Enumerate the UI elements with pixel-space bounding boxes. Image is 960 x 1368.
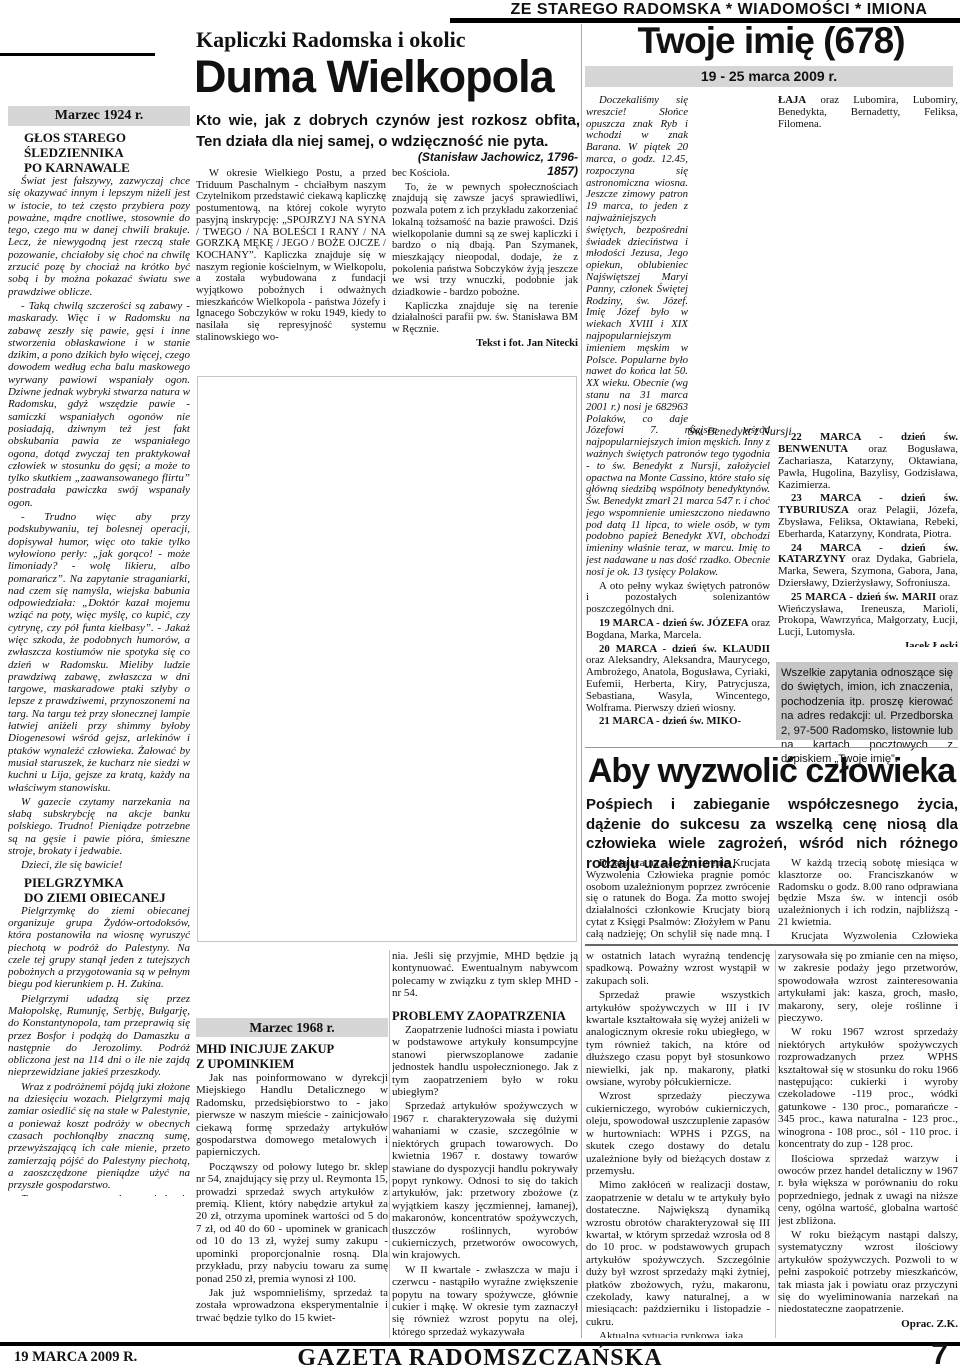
paragraph: - Taką chwilą szczerości są zabawy - mas… (8, 300, 190, 509)
article-1924-body: Świat jest fałszywy, zazwyczaj chce się … (8, 175, 190, 872)
aby-headline: Aby wyzwolić człowieka (585, 752, 958, 791)
paragraph: Wraz z podróżnemi pójdą juki złożone na … (8, 1081, 190, 1192)
saint-image-caption: Św. Benedykt z Nursji (688, 424, 792, 439)
paragraph: W roku bieżącym nastąpi dalszy, systemat… (778, 1229, 958, 1316)
column-1968-4: zarysowała się po zmianie cen na mięso, … (778, 950, 958, 1338)
main-article-col-2: bec Kościoła.To, że w pewnych społecznoś… (392, 168, 578, 370)
title-line: MHD INICJUJE ZAKUP (196, 1042, 388, 1057)
paragraph: Dzieci, źle się bawicie! (8, 859, 190, 871)
paragraph: Tymczasem w celu zwiedzenia Palestyny wy… (8, 1193, 190, 1196)
main-article-col-1: W okresie Wielkiego Postu, a przed Tridu… (196, 168, 386, 370)
twoje-imie-daterange: 19 - 25 marca 2009 r. (585, 66, 953, 87)
paragraph: - Trudno więc aby przy podskubywaniu, te… (8, 511, 190, 794)
paragraph: ŁAJA oraz Lubomira, Lubomiry, Benedykta,… (778, 95, 958, 130)
paragraph: W roku 1967 wzrost sprzedaży niektórych … (778, 1026, 958, 1150)
title-line: PIELGRZYMKA (24, 875, 190, 890)
title-line: PO KARNAWALE (24, 160, 190, 175)
section-banner: ZE STAREGO RADOMSKA * WIADOMOŚCI * IMION… (480, 1, 958, 19)
paragraph: Kapliczka znajduje się na terenie działa… (392, 301, 578, 336)
aby-col-2: W każdą trzecią sobotę miesiąca w klaszt… (778, 858, 958, 942)
main-article-col-2-text: bec Kościoła.To, że w pewnych społecznoś… (392, 168, 578, 336)
twoje-imie-col-1: Doczekaliśmy się wreszcie! Słońce opuszc… (586, 95, 770, 745)
newspaper-page: ZE STAREGO RADOMSKA * WIADOMOŚCI * IMION… (0, 0, 960, 1368)
paragraph: Wzrost sprzedaży pieczywa cukierniczego,… (586, 1090, 770, 1177)
paragraph: W każdą trzecią sobotę miesiąca w klaszt… (778, 858, 958, 929)
twoje-imie-headline: Twoje imię (678) (585, 20, 957, 62)
paragraph: Zaopatrzenie ludności miasta i powiatu w… (392, 1024, 578, 1098)
column-1924: GŁOS STAREGOŚLEDZIENNIKAPO KARNAWALE Świ… (8, 130, 190, 1196)
paragraph: Działająca na naszym terenie Krucjata Wy… (586, 858, 770, 942)
paragraph: Aktualna sytuacja rynkowa, jaka (586, 1330, 770, 1338)
motto-line: Ten działa dla niej samej, o wdzięczność… (196, 132, 580, 151)
article-title-problemy: PROBLEMY ZAOPATRZENIA (392, 1010, 578, 1022)
paragraph: 22 MARCA - dzień św. BENWENUTA oraz Bogu… (778, 432, 958, 491)
paragraph: A oto pełny wykaz świętych patronów i po… (586, 581, 770, 616)
date-header-1924: Marzec 1924 r. (8, 106, 190, 126)
twoje-imie-col-2-days: 22 MARCA - dzień św. BENWENUTA oraz Bogu… (778, 432, 958, 639)
paragraph: Pielgrzymi udadzą się przez Małopolskę, … (8, 993, 190, 1079)
paragraph: 24 MARCA - dzień św. KATARZYNY oraz Dyda… (778, 543, 958, 590)
footer-page-number: 7 (931, 1338, 948, 1368)
paragraph: 23 MARCA - dzień św. TYBURIUSZA oraz Pel… (778, 493, 958, 540)
article-title-glos-starego: GŁOS STAREGOŚLEDZIENNIKAPO KARNAWALE (8, 130, 190, 175)
paragraph: bec Kościoła. (392, 168, 578, 180)
article-pielgrzymka-body: Pielgrzymkę do ziemi obiecanej organizuj… (8, 905, 190, 1196)
paragraph: 21 MARCA - dzień św. MIKO- (586, 716, 770, 728)
editorial-info-box: Wszelkie zapytania odnoszące się do świę… (776, 662, 958, 740)
paragraph: nia. Jeśli się przyjmie, MHD będzie ją k… (392, 950, 578, 1000)
twoje-imie-col-2: ŁAJA oraz Lubomira, Lubomiry, Benedykta,… (778, 95, 958, 647)
signature-jacek-leski: Jacek Łęski (778, 641, 958, 647)
paragraph: To, że w pewnych społecznościach znajduj… (392, 182, 578, 299)
problemy-body-3: zarysowała się po zmianie cen na mięso, … (778, 950, 958, 1316)
paragraph: W II kwartale - zwłaszcza w maju i czerw… (392, 1264, 578, 1338)
title-line: DO ZIEMI OBIECANEJ (24, 890, 190, 905)
paragraph: W okresie Wielkiego Postu, a przed Tridu… (196, 168, 386, 344)
bottom-column-divider-1 (389, 950, 390, 1338)
paragraph: 20 MARCA - dzień św. KLAUDII oraz Aleksa… (586, 644, 770, 715)
saint-image-placeholder-right (778, 132, 958, 432)
rule-below-aby (585, 944, 958, 946)
bottom-column-divider-2 (775, 950, 776, 1338)
paragraph: Jak nas poinformowano w dyrekcji Miejski… (196, 1072, 388, 1159)
column-1968-3: w ostatnich latach wyraźną tendencję spa… (586, 950, 770, 1338)
problemy-body-1: Zaopatrzenie ludności miasta i powiatu w… (392, 1024, 578, 1338)
mhd-body: Jak nas poinformowano w dyrekcji Miejski… (196, 1072, 388, 1324)
paragraph: w ostatnich latach wyraźną tendencję spa… (586, 950, 770, 987)
paragraph: Świat jest fałszywy, zazwyczaj chce się … (8, 175, 190, 298)
signature-oprac-zk: Oprac. Z.K. (778, 1318, 958, 1330)
column-1968-2: nia. Jeśli się przyjmie, MHD będzie ją k… (392, 950, 578, 1338)
paragraph: Sprzedaż artykułów spożywczych w 1967 r.… (392, 1100, 578, 1261)
paragraph: Mimo zakłóceń w realizacji dostaw, zaopa… (586, 1179, 770, 1328)
aby-col-2-text: W każdą trzecią sobotę miesiąca w klaszt… (778, 858, 958, 942)
aby-col-1: Działająca na naszym terenie Krucjata Wy… (586, 858, 770, 942)
title-line: GŁOS STAREGO (24, 130, 190, 145)
paragraph: Ilościowa sprzedaż warzyw i owoców przez… (778, 1153, 958, 1227)
main-headline: Duma Wielkopola (194, 54, 554, 100)
paragraph: 25 MARCA - dzień św. MARII oraz Wieńczys… (778, 592, 958, 639)
twoje-imie-col-2-top: ŁAJA oraz Lubomira, Lubomiry, Benedykta,… (778, 95, 958, 130)
section-divider-vertical (581, 24, 582, 1338)
column-1968-1: MHD INICJUJE ZAKUPZ UPOMINKIEM Jak nas p… (196, 1042, 388, 1338)
paragraph: Jak już wspomnieliśmy, sprzedaż ta zosta… (196, 1287, 388, 1324)
footer-newspaper-title: GAZETA RADOMSZCZAŃSKA (0, 1345, 960, 1368)
article-title-pielgrzymka: PIELGRZYMKADO ZIEMI OBIECANEJ (8, 875, 190, 905)
paragraph: Sprzedaż prawie wszystkich artykułów spo… (586, 989, 770, 1088)
paragraph: Krucjata Wyzwolenia Człowieka serdecznie… (778, 931, 958, 942)
kapliczka-photo-placeholder (197, 376, 577, 942)
paragraph: Pielgrzymkę do ziemi obiecanej organizuj… (8, 905, 190, 991)
title-line: ŚLEDZIENNIKA (24, 145, 190, 160)
rule-above-aby (585, 747, 958, 748)
paragraph: zarysowała się po zmianie cen na mięso, … (778, 950, 958, 1024)
left-column-top-rule (0, 53, 155, 56)
mhd-body-continued: nia. Jeśli się przyjmie, MHD będzie ją k… (392, 950, 578, 1000)
motto-line: Kto wie, jak z dobrych czynów jest rozko… (196, 111, 580, 130)
kicker: Kapliczki Radomska i okolic (196, 27, 466, 53)
paragraph: W gazecie czytamy narzekania na słabą su… (8, 796, 190, 857)
article-title-mhd: MHD INICJUJE ZAKUPZ UPOMINKIEM (196, 1042, 388, 1072)
saint-image-placeholder (694, 155, 770, 413)
motto: Kto wie, jak z dobrych czynów jest rozko… (196, 111, 580, 153)
title-line: Z UPOMINKIEM (196, 1057, 388, 1072)
paragraph: 19 MARCA - dzień św. JÓZEFA oraz Bogdana… (586, 618, 770, 642)
date-header-1968: Marzec 1968 r. (196, 1018, 388, 1037)
byline: Tekst i fot. Jan Nitecki (392, 338, 578, 350)
paragraph: Począwszy od połowy lutego br. sklep nr … (196, 1161, 388, 1285)
